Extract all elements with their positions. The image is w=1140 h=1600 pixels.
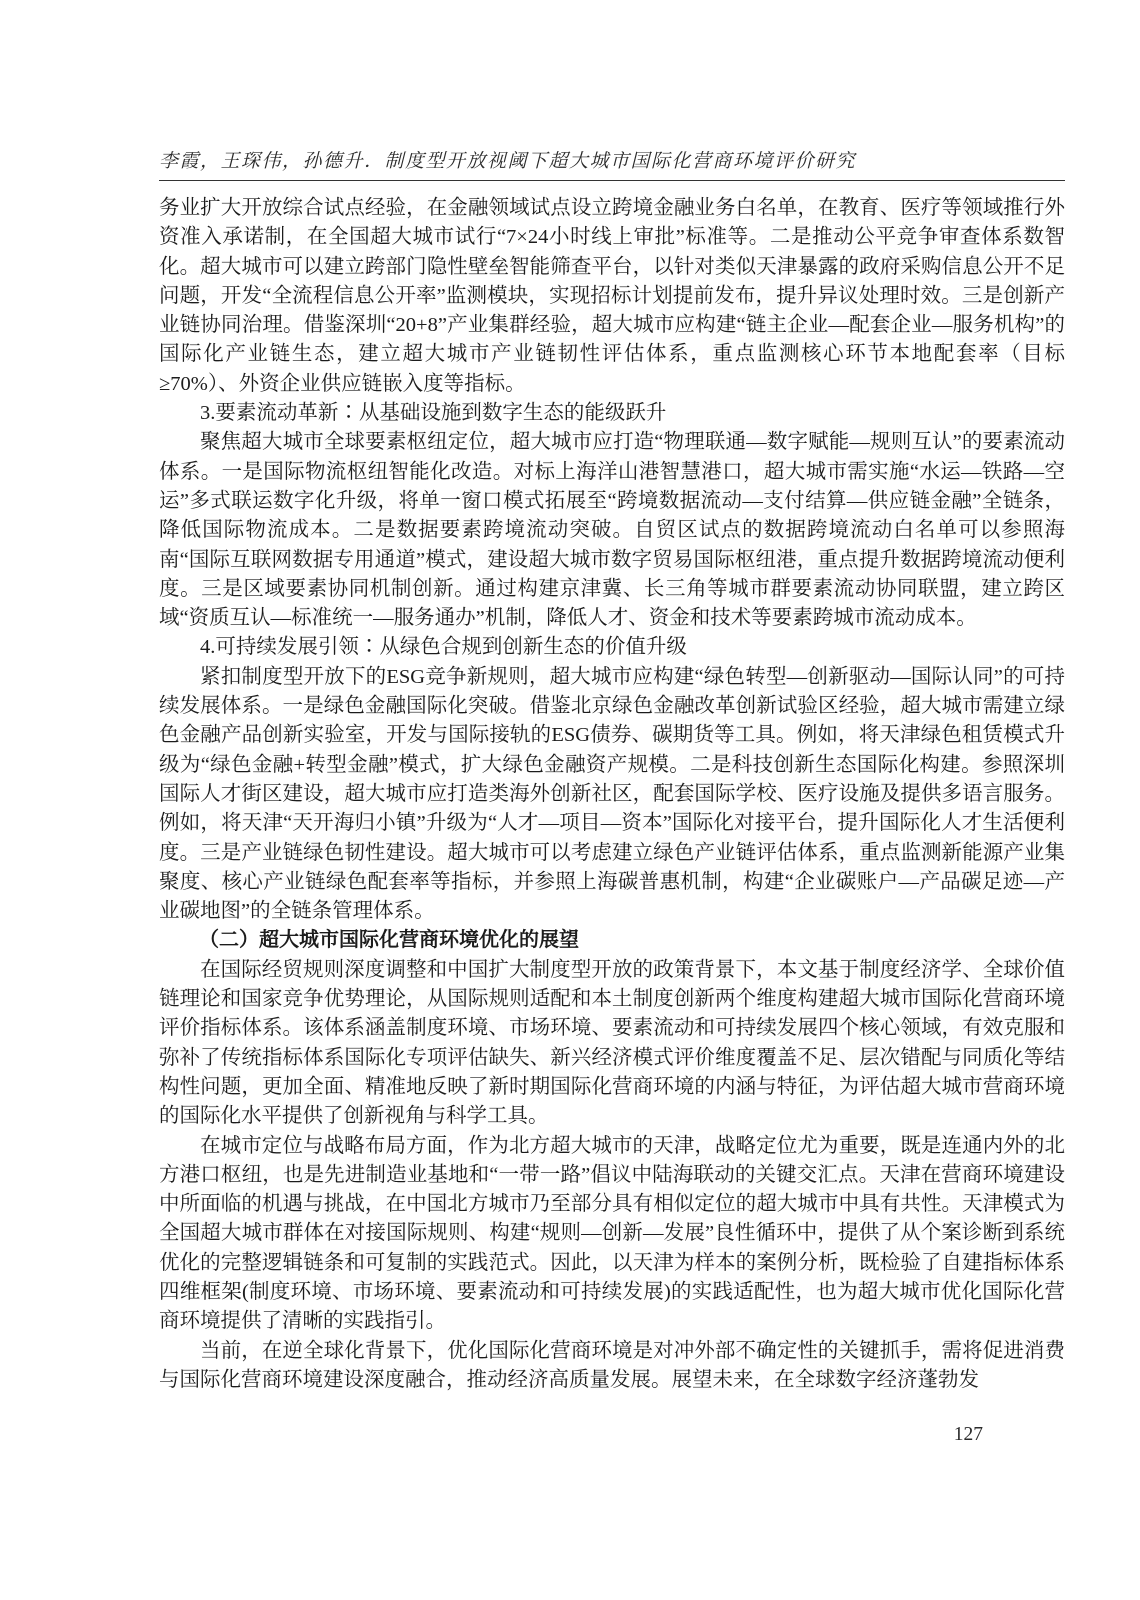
paragraph: 务业扩大开放综合试点经验，在金融领域试点设立跨境金融业务白名单，在教育、医疗等领… (159, 194, 1065, 399)
paragraph: 在城市定位与战略布局方面，作为北方超大城市的天津，战略定位尤为重要，既是连通内外… (159, 1132, 1065, 1337)
paragraph: 在国际经贸规则深度调整和中国扩大制度型开放的政策背景下，本文基于制度经济学、全球… (159, 956, 1065, 1132)
paragraph: 聚焦超大城市全球要素枢纽定位，超大城市应打造“物理联通—数字赋能—规则互认”的要… (159, 428, 1065, 633)
journal-page: 李霞，王琛伟，孙德升．制度型开放视阈下超大城市国际化营商环境评价研究 务业扩大开… (0, 0, 1140, 1600)
subheading-4: 4.可持续发展引领∶从绿色合规到创新生态的价值升级 (159, 633, 1065, 662)
section-heading: （二）超大城市国际化营商环境优化的展望 (159, 926, 1065, 955)
page-number: 127 (954, 1424, 983, 1446)
article-body: 务业扩大开放综合试点经验，在金融领域试点设立跨境金融业务白名单，在教育、医疗等领… (159, 194, 1065, 1395)
subheading-3: 3.要素流动革新∶从基础设施到数字生态的能级跃升 (159, 399, 1065, 428)
header-rule (159, 180, 1065, 181)
paragraph: 紧扣制度型开放下的ESG竞争新规则，超大城市应构建“绿色转型—创新驱动—国际认同… (159, 663, 1065, 927)
paragraph: 当前，在逆全球化背景下，优化国际化营商环境是对冲外部不确定性的关键抓手，需将促进… (159, 1337, 1065, 1396)
page-content: 李霞，王琛伟，孙德升．制度型开放视阈下超大城市国际化营商环境评价研究 务业扩大开… (159, 146, 1065, 1395)
running-head: 李霞，王琛伟，孙德升．制度型开放视阈下超大城市国际化营商环境评价研究 (159, 146, 1065, 173)
